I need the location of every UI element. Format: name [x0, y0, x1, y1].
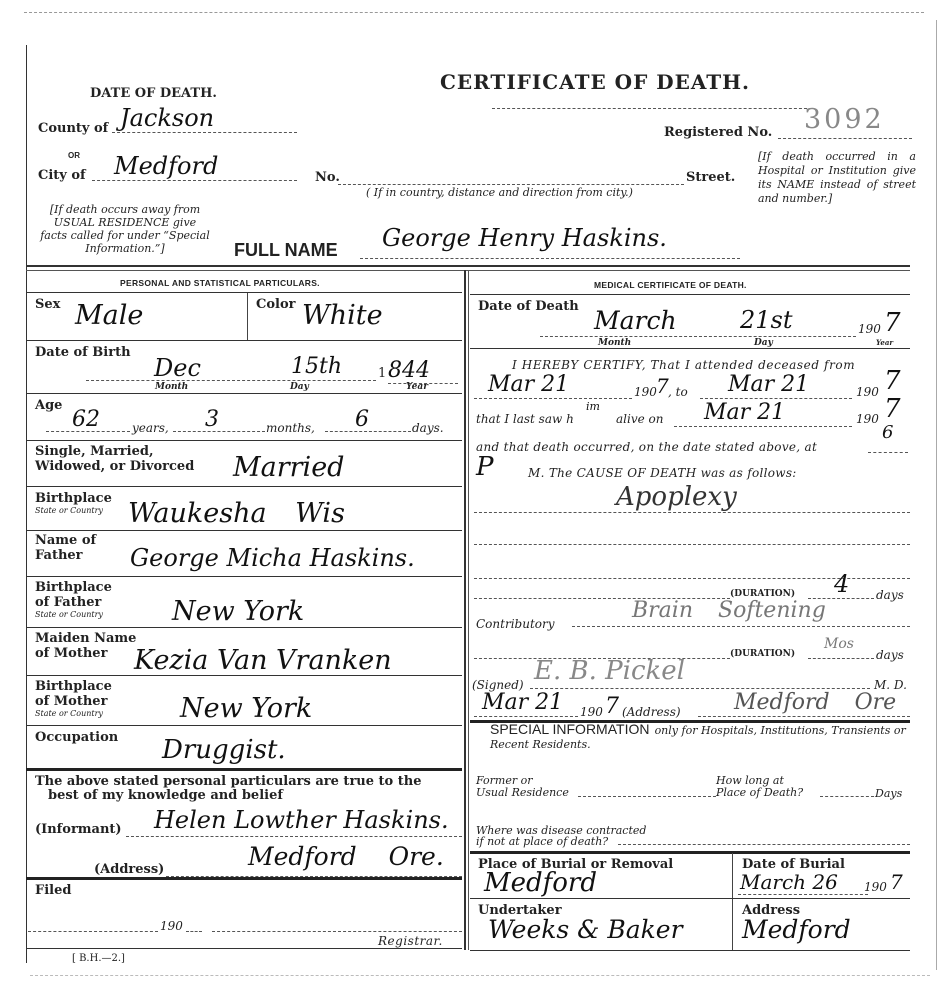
how-long-field[interactable] [820, 788, 874, 797]
form-code: [ B.H.—2.] [72, 953, 125, 964]
attended-to-value: Mar 21 [728, 372, 809, 397]
attest-line-1: The above stated personal particulars ar… [35, 774, 421, 789]
burial-divider [732, 853, 733, 951]
rule [26, 725, 462, 726]
last-saw-value: Mar 21 [704, 400, 785, 425]
dob-day: 15th [291, 354, 342, 379]
mother-bp-value[interactable]: New York [180, 693, 312, 724]
dod-month: March [594, 306, 677, 335]
rule [26, 292, 462, 293]
rule [26, 440, 462, 441]
sex-color-divider [247, 293, 248, 340]
cause-value: Apoplexy [616, 482, 737, 512]
mother-bp-label-1: Birthplace [35, 679, 112, 694]
attended-from-field[interactable]: Mar 21 [474, 378, 632, 399]
duration-label-2: (DURATION) [730, 649, 795, 659]
burial-place-value[interactable]: Medford [484, 868, 597, 898]
street-field[interactable] [338, 170, 684, 185]
country-note: ( If in country, distance and direction … [366, 186, 633, 199]
last-saw-field[interactable]: Mar 21 [674, 406, 852, 427]
dob-year-prefix: 1 [378, 366, 386, 381]
age-years-field[interactable]: 62 [46, 415, 130, 432]
month-caption: Month [598, 338, 631, 348]
medical-address-label: (Address) [622, 705, 681, 719]
rule [26, 340, 462, 341]
former-label-2: Usual Residence [476, 787, 569, 799]
cause-field[interactable]: Apoplexy [474, 492, 910, 513]
attended-to-field[interactable]: Mar 21 [700, 378, 852, 399]
filed-date-field[interactable] [28, 921, 158, 932]
sex-label: Sex [35, 297, 60, 312]
father-bp-label-2: of Father [35, 595, 101, 610]
how-long-label: How long at Place of Death? [716, 775, 803, 799]
rule [26, 948, 462, 949]
days-label: days. [412, 421, 444, 435]
rule [470, 294, 910, 295]
medical-heading: MEDICAL CERTIFICATE OF DEATH. [594, 280, 747, 290]
father-bp-value[interactable]: New York [172, 596, 304, 627]
year-caption: Year [406, 382, 428, 392]
filed-year-field[interactable] [186, 921, 202, 932]
signed-value: E. B. Pickel [534, 656, 685, 686]
left-border [26, 45, 27, 963]
occupation-label: Occupation [35, 730, 118, 745]
mother-bp-label-2: of Mother [35, 694, 107, 709]
or-label: OR [68, 151, 80, 160]
full-name-label: FULL NAME [234, 240, 338, 261]
dob-label: Date of Birth [35, 345, 131, 360]
time-value: 6 [882, 422, 893, 443]
cause-field-2[interactable] [474, 530, 910, 545]
months-label: months, [266, 421, 315, 435]
father-label-1: Name of [35, 533, 96, 548]
day-caption: Day [754, 338, 773, 348]
thick-rule [470, 851, 910, 854]
full-name-field[interactable]: George Henry Haskins. [360, 228, 740, 259]
registrar-field[interactable] [212, 921, 462, 932]
contributory-label: Contributory [476, 617, 555, 631]
attended-from-year: 190 [634, 385, 657, 399]
last-saw-pronoun[interactable]: im [586, 400, 600, 413]
county-label: County of [38, 121, 108, 136]
city-field[interactable]: Medford [92, 152, 297, 181]
days-label-2: days [876, 648, 904, 662]
burial-year[interactable]: 7 [890, 870, 903, 894]
dob-month: Dec [154, 354, 201, 382]
signed-date-field[interactable]: Mar 21 [474, 698, 578, 717]
last-saw-year: 190 [856, 412, 879, 426]
special-info-block: SPECIAL INFORMATION only for Hospitals, … [490, 723, 910, 751]
age-days-value: 6 [355, 407, 369, 432]
color-label: Color [256, 297, 295, 312]
rule [470, 348, 910, 349]
attended-from-year-value[interactable]: 7 [656, 374, 669, 398]
bottom-edge [30, 975, 930, 976]
city-value: Medford [114, 152, 218, 180]
contributory-value: Brain Softening [632, 598, 826, 623]
informant-field[interactable]: Helen Lowther Haskins. [126, 808, 462, 837]
age-days-field[interactable]: 6 [325, 415, 411, 432]
mother-label-2: of Mother [35, 646, 107, 661]
signed-field[interactable]: E. B. Pickel [530, 670, 870, 689]
last-saw-year-value[interactable]: 7 [884, 394, 901, 424]
residence-note: [If death occurs away from USUAL RESIDEN… [40, 203, 210, 255]
attended-from-value: Mar 21 [488, 372, 569, 397]
informant-label: (Informant) [35, 822, 122, 837]
duration-value: 4 [834, 570, 849, 598]
dod-field[interactable]: March 21st [540, 316, 856, 337]
address-field[interactable]: Medford Ore. [166, 848, 462, 877]
burial-date-value: March 26 [740, 870, 838, 894]
address-label: (Address) [94, 862, 164, 877]
contracted-field[interactable] [618, 836, 910, 845]
state-caption: State or Country [35, 709, 103, 718]
medical-address-field[interactable]: Medford Ore [698, 698, 910, 717]
rule [26, 486, 462, 487]
father-value[interactable]: George Micha Haskins. [130, 544, 415, 572]
undertaker-value[interactable]: Weeks & Baker [488, 915, 683, 944]
rule [26, 675, 462, 676]
contributory-duration-value: Mos [824, 636, 854, 652]
column-divider-2 [468, 270, 469, 950]
street-label: Street. [686, 170, 735, 185]
age-months-value: 3 [205, 407, 219, 432]
section-divider [26, 265, 910, 267]
birthplace-label: Birthplace [35, 491, 112, 506]
former-residence-field[interactable] [578, 788, 716, 797]
certificate-title: CERTIFICATE OF DEATH. [440, 70, 750, 94]
attest-line-2: best of my knowledge and belief [48, 788, 283, 803]
to-label: , to [668, 385, 688, 399]
dod-year-prefix: 190 [858, 322, 881, 336]
alive-on-label: alive on [616, 412, 663, 426]
attended-to-year-value[interactable]: 7 [884, 366, 901, 396]
rule [470, 950, 910, 951]
cause-text: M. The CAUSE OF DEATH was as follows: [528, 466, 797, 480]
dod-year[interactable]: 7 [884, 308, 901, 338]
thick-rule [26, 768, 462, 771]
top-edge [24, 12, 924, 13]
signed-year-value[interactable]: 7 [605, 694, 619, 719]
full-name-value: George Henry Haskins. [382, 224, 667, 252]
contributory-duration-field[interactable]: Mos [808, 650, 874, 659]
how-long-2: Place of Death? [716, 787, 803, 799]
informant-value: Helen Lowther Haskins. [154, 806, 449, 834]
title-rule [492, 100, 812, 109]
mother-value[interactable]: Kezia Van Vranken [134, 645, 392, 676]
rule [26, 576, 462, 577]
years-label: years, [132, 421, 169, 435]
dod-day: 21st [740, 306, 793, 334]
month-caption: Month [155, 382, 188, 392]
registered-no-label: Registered No. [664, 125, 772, 140]
rule [26, 530, 462, 531]
occupation-value[interactable]: Druggist. [162, 735, 286, 765]
registrar-label: Registrar. [378, 934, 443, 948]
dob-field[interactable]: Dec 15th [86, 360, 376, 381]
meridian-value[interactable]: P [476, 452, 494, 482]
state-caption: State or Country [35, 610, 103, 619]
thick-rule [26, 877, 462, 880]
city-label: City of [38, 168, 86, 183]
age-years-value: 62 [72, 407, 100, 432]
age-label: Age [35, 398, 62, 413]
street-no-label: No. [315, 170, 340, 185]
undertaker-address-value[interactable]: Medford [742, 915, 851, 944]
filed-label: Filed [35, 883, 71, 898]
time-field[interactable]: 6 [868, 436, 908, 453]
marital-label-1: Single, Married, [35, 444, 153, 459]
contributory-field[interactable]: Brain Softening [572, 606, 910, 627]
rule [26, 393, 462, 394]
personal-heading: PERSONAL AND STATISTICAL PARTICULARS. [120, 278, 320, 288]
county-value: Jackson [120, 104, 214, 132]
sex-value[interactable]: Male [75, 300, 143, 331]
dob-year[interactable]: 844 [388, 358, 458, 384]
rule [26, 627, 462, 628]
date-of-death-heading: DATE OF DEATH. [90, 86, 217, 101]
days-label-3: Days [875, 787, 902, 800]
rule [470, 898, 910, 899]
dod-label: Date of Death [478, 299, 579, 314]
days-label: days [876, 588, 904, 602]
filed-year: 190 [160, 919, 183, 933]
state-caption: State or Country [35, 506, 103, 515]
marital-value[interactable]: Married [233, 452, 344, 483]
right-border [936, 20, 937, 970]
signed-year: 190 [580, 705, 603, 719]
county-field[interactable]: Jackson [112, 104, 297, 133]
father-bp-label-1: Birthplace [35, 580, 112, 595]
occurred-text: and that death occurred, on the date sta… [476, 440, 817, 454]
burial-year-prefix: 190 [864, 880, 887, 894]
last-saw-label: that I last saw h [476, 412, 574, 426]
special-heading: SPECIAL INFORMATION [490, 721, 649, 737]
age-months-field[interactable]: 3 [173, 415, 265, 432]
attended-to-year: 190 [856, 385, 879, 399]
registered-no-field[interactable]: 3092 [778, 110, 912, 139]
registered-no-value: 3092 [804, 104, 885, 135]
year-caption: Year [876, 338, 893, 347]
medical-address-value: Medford Ore [734, 690, 896, 715]
certify-text: I HEREBY CERTIFY, That I attended deceas… [512, 358, 855, 372]
signed-date-value: Mar 21 [482, 690, 563, 715]
father-label-2: Father [35, 548, 83, 563]
address-value: Medford Ore. [248, 842, 444, 871]
burial-date-field[interactable]: March 26 [738, 874, 868, 895]
mother-label-1: Maiden Name [35, 631, 136, 646]
birthplace-value[interactable]: Waukesha Wis [128, 498, 345, 529]
hospital-note: [If death occurred in a Hospital or Inst… [758, 150, 916, 206]
column-divider [464, 270, 466, 950]
color-value[interactable]: White [302, 300, 383, 331]
marital-label-2: Widowed, or Divorced [35, 459, 194, 474]
former-residence-label: Former or Usual Residence [476, 775, 569, 799]
day-caption: Day [290, 382, 309, 392]
